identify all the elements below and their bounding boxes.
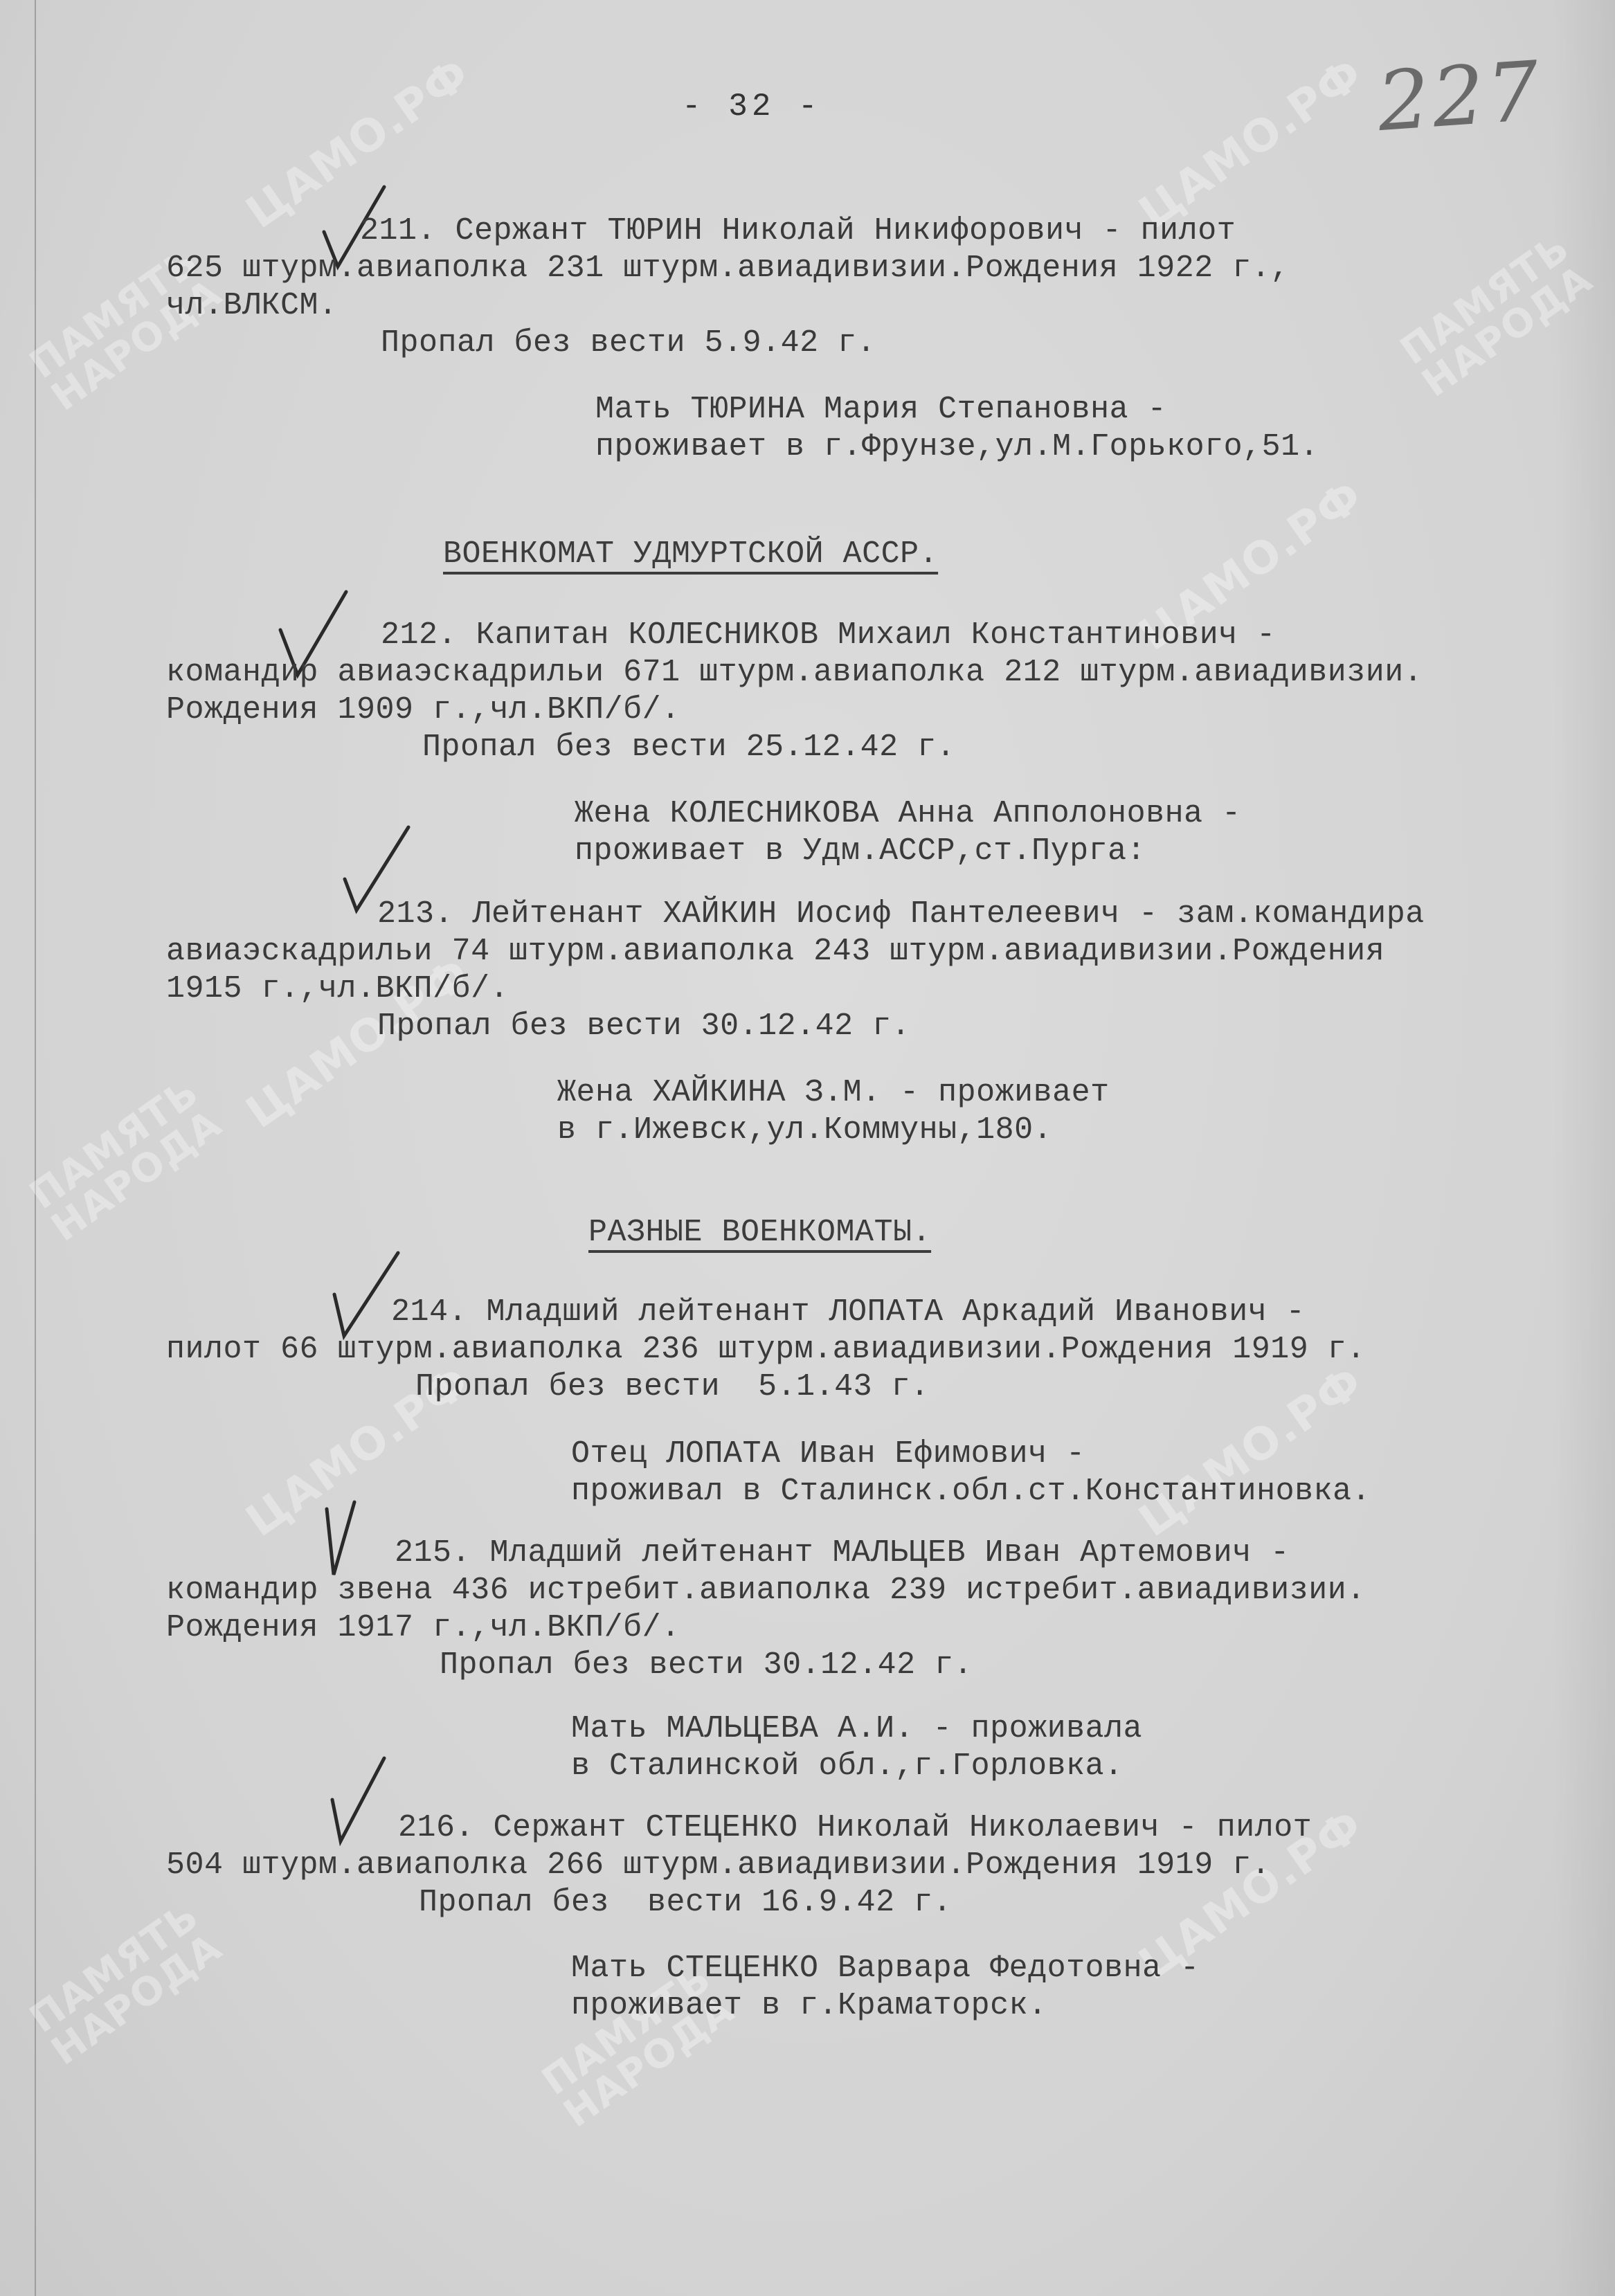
entry-211-missing-date: Пропал без вести 5.9.42 г. (381, 325, 876, 361)
entry-214-relative-1: Отец ЛОПАТА Иван Ефимович - (571, 1436, 1085, 1472)
entry-215-line-1: 215. Младший лейтенант МАЛЬЦЕВ Иван Арте… (395, 1535, 1290, 1571)
entry-211-line-2: 625 штурм.авиаполка 231 штурм.авиадивизи… (166, 251, 1290, 286)
left-margin-line (35, 0, 36, 2296)
entry-212-line-3: Рождения 1909 г.,чл.ВКП/б/. (166, 692, 680, 727)
entry-212-line-2: командир авиаэскадрильи 671 штурм.авиапо… (166, 655, 1423, 690)
page-edge-shadow (1553, 0, 1615, 2296)
entry-213-relative-2: в г.Ижевск,ул.Коммуны,180. (557, 1112, 1052, 1148)
watermark-camo: ЦАМО.РФ (1130, 1356, 1373, 1547)
entry-214-line-2: пилот 66 штурм.авиаполка 236 штурм.авиад… (166, 1332, 1366, 1367)
entry-215-relative-1: Мать МАЛЬЦЕВА А.И. - проживала (571, 1711, 1142, 1746)
entry-212-line-1: 212. Капитан КОЛЕСНИКОВ Михаил Константи… (381, 617, 1276, 653)
entry-211-line-3: чл.ВЛКСМ. (166, 288, 338, 323)
entry-215-line-2: командир звена 436 истребит.авиаполка 23… (166, 1573, 1366, 1608)
entry-211-line-1: 211. Сержант ТЮРИН Николай Никифорович -… (360, 213, 1236, 248)
entry-216-relative-2: проживает в г.Краматорск. (571, 1988, 1047, 2023)
entry-211-relative-2: проживает в г.Фрунзе,ул.М.Горького,51. (595, 429, 1319, 464)
entry-213-missing-date: Пропал без вести 30.12.42 г. (377, 1009, 910, 1044)
section-heading-various: РАЗНЫЕ ВОЕНКОМАТЫ. (588, 1215, 931, 1250)
entry-213-line-3: 1915 г.,чл.ВКП/б/. (166, 971, 509, 1006)
entry-215-line-3: Рождения 1917 г.,чл.ВКП/б/. (166, 1610, 680, 1645)
entry-216-line-1: 216. Сержант СТЕЦЕНКО Николай Николаевич… (398, 1810, 1312, 1845)
entry-212-missing-date: Пропал без вести 25.12.42 г. (422, 730, 955, 765)
entry-214-line-1: 214. Младший лейтенант ЛОПАТА Аркадий Ив… (391, 1294, 1305, 1330)
entry-214-missing-date: Пропал без вести 5.1.43 г. (415, 1369, 930, 1404)
document-page: ЦАМО.РФ ЦАМО.РФ ЦАМО.РФ ЦАМО.РФ ЦАМО.РФ … (0, 0, 1615, 2296)
watermark-pamyat-naroda: ПАМЯТЬ НАРОДА (24, 1896, 229, 2072)
watermark-camo: ЦАМО.РФ (1130, 48, 1373, 239)
entry-213-line-1: 213. Лейтенант ХАЙКИН Иосиф Пантелеевич … (377, 896, 1425, 932)
entry-213-relative-1: Жена ХАЙКИНА З.М. - проживает (557, 1075, 1110, 1110)
entry-216-line-2: 504 штурм.авиаполка 266 штурм.авиадивизи… (166, 1847, 1270, 1883)
entry-214-relative-2: проживал в Сталинск.обл.ст.Константиновк… (571, 1474, 1371, 1509)
entry-211-relative-1: Мать ТЮРИНА Мария Степановна - (595, 392, 1166, 427)
entry-215-missing-date: Пропал без вести 30.12.42 г. (440, 1647, 973, 1683)
checkmark-icon (318, 1758, 395, 1848)
page-number: - 32 - (682, 89, 822, 125)
entry-213-line-2: авиаэскадрильи 74 штурм.авиаполка 243 шт… (166, 934, 1384, 969)
entry-212-relative-1: Жена КОЛЕСНИКОВА Анна Апполоновна - (575, 796, 1241, 831)
entry-212-relative-2: проживает в Удм.АССР,ст.Пурга: (575, 833, 1146, 869)
entry-215-relative-2: в Сталинской обл.,г.Горловка. (571, 1748, 1124, 1784)
watermark-pamyat-naroda: ПАМЯТЬ НАРОДА (24, 1072, 229, 1249)
entry-216-relative-1: Мать СТЕЦЕНКО Варвара Федотовна - (571, 1951, 1200, 1986)
archive-sheet-number: 227 (1374, 43, 1544, 150)
section-heading-udmurt: ВОЕНКОМАТ УДМУРТСКОЙ АССР. (443, 536, 938, 572)
entry-216-missing-date: Пропал без вести 16.9.42 г. (419, 1885, 952, 1920)
